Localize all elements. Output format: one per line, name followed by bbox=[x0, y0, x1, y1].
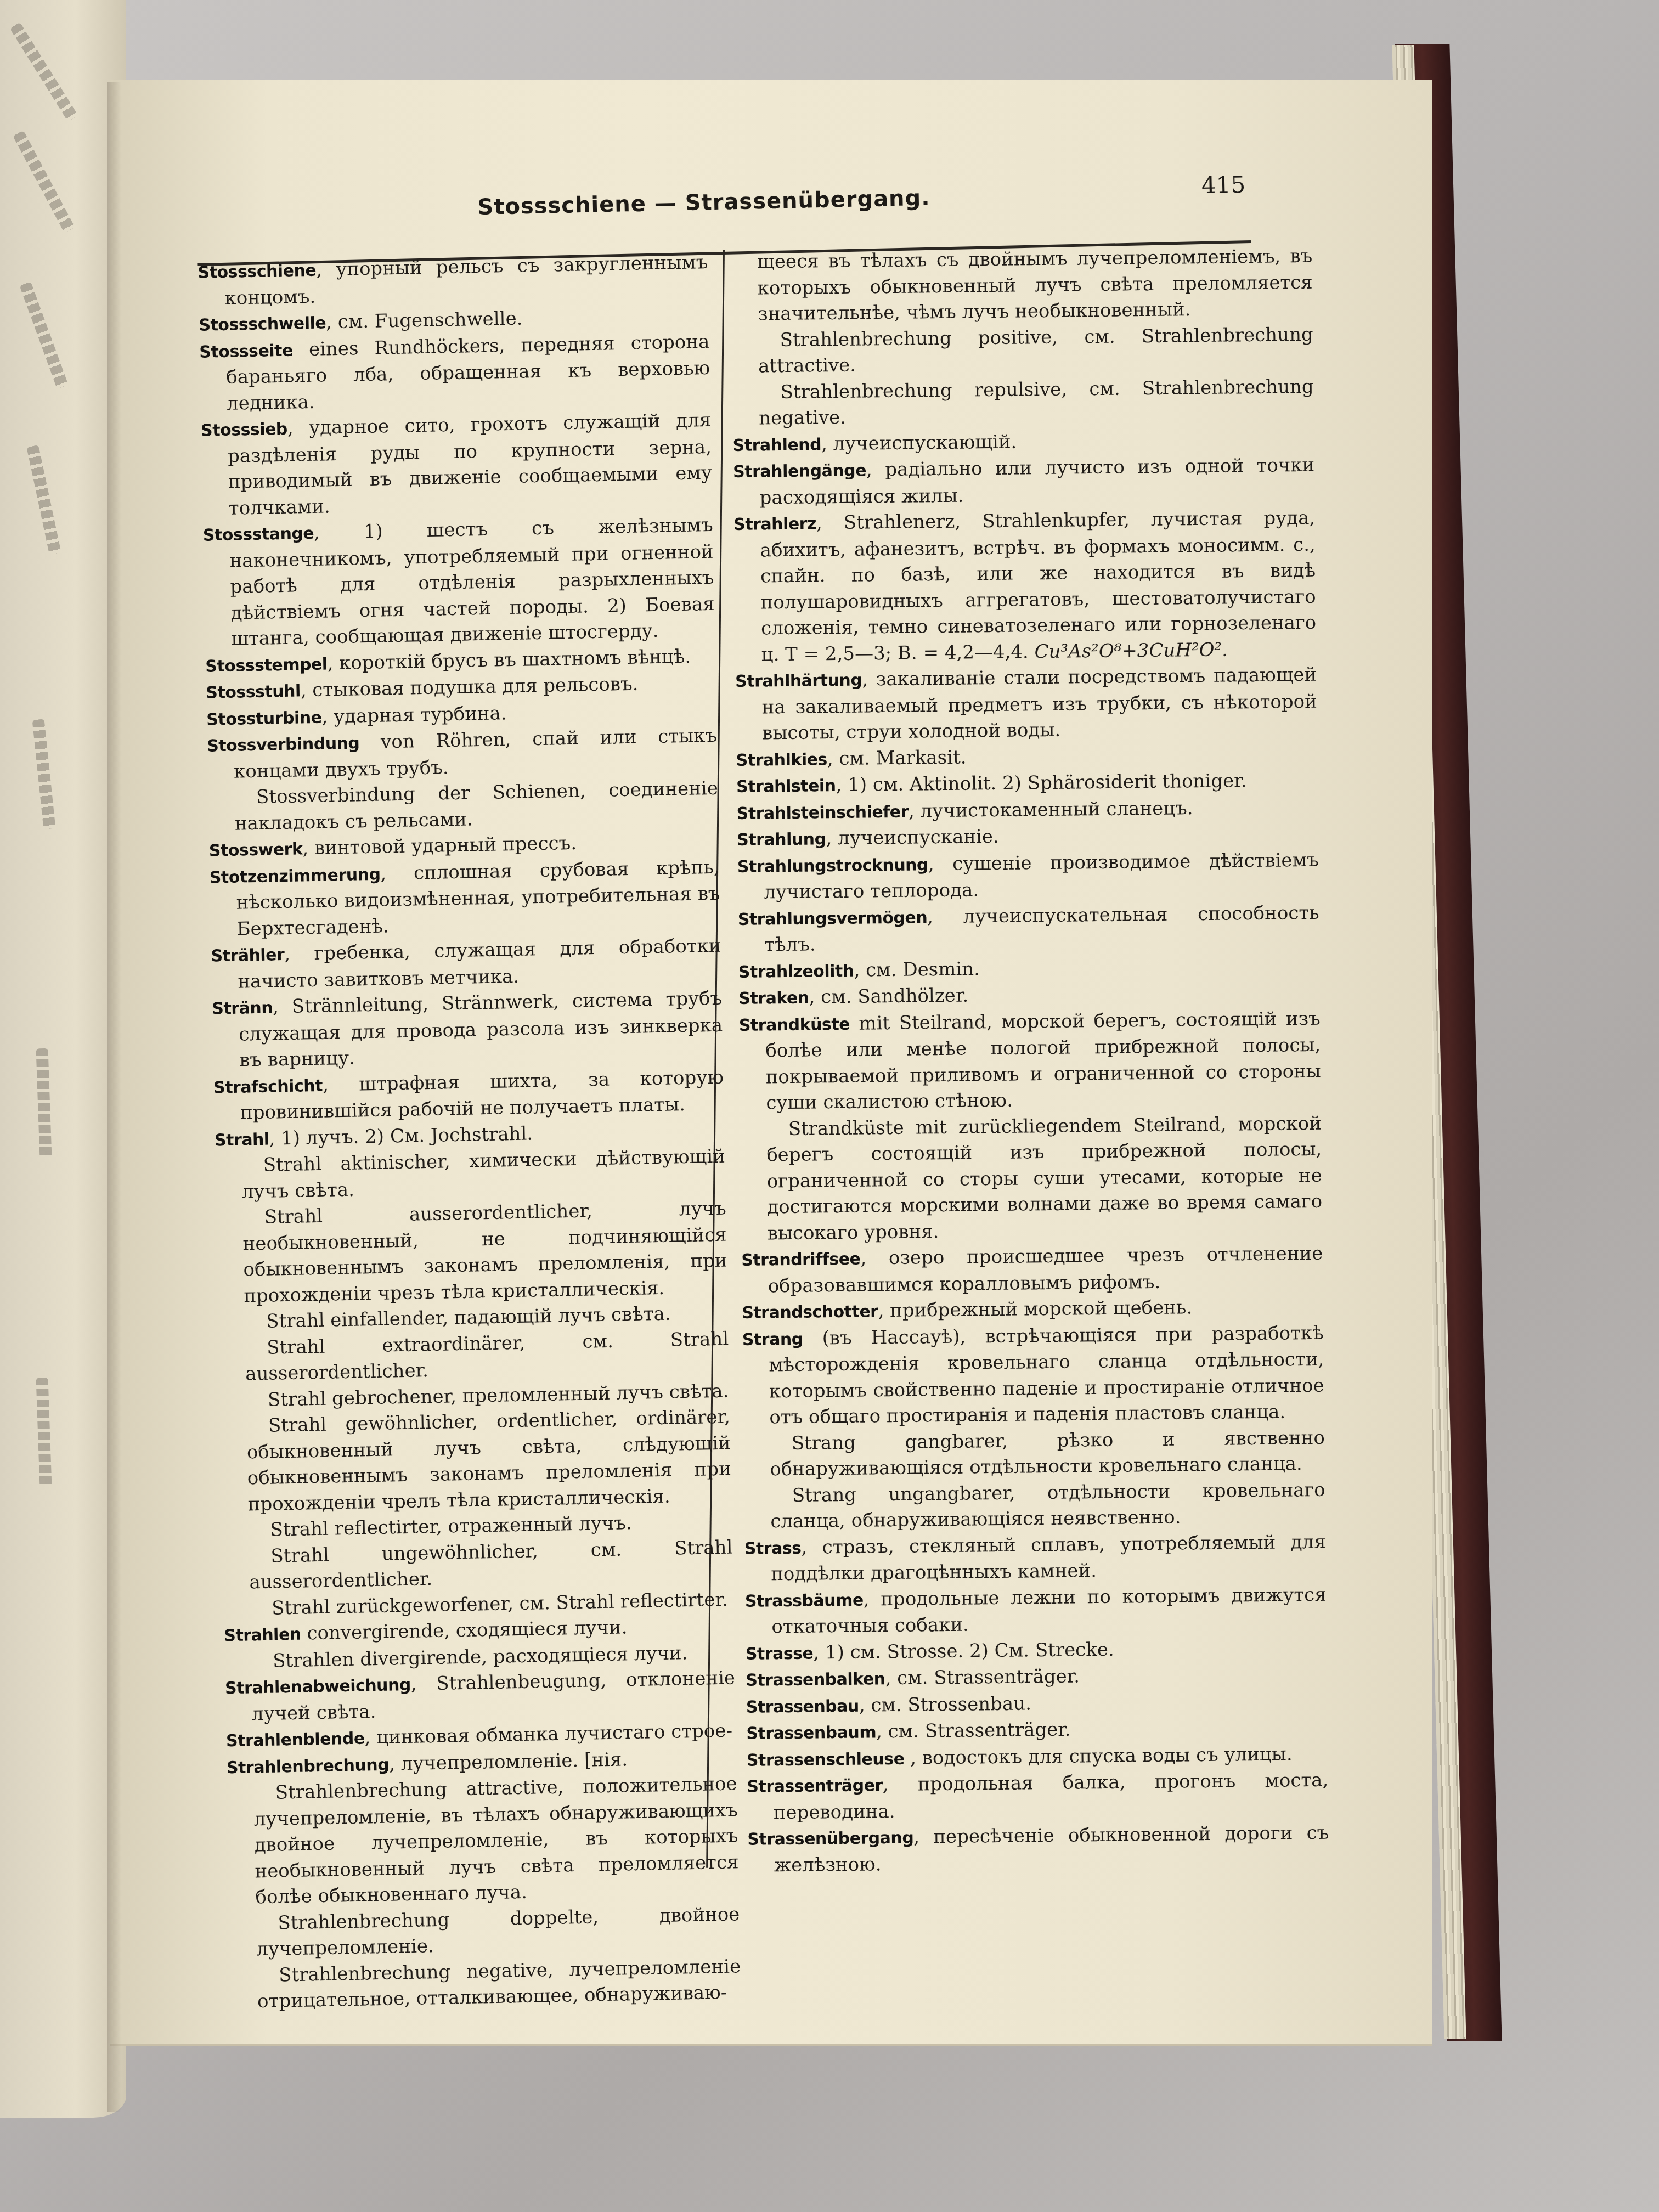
entry-definition: , см. Fugenschwelle. bbox=[326, 308, 523, 334]
left-column: Stossschiene, упорный рельсъ съ закругле… bbox=[198, 250, 741, 2016]
facing-page-text-fragment bbox=[32, 719, 56, 829]
entry-headword: Strassenschleuse bbox=[747, 1749, 905, 1770]
entry-headword: Strahlungsvermögen bbox=[738, 908, 928, 929]
entry-headword: Strahlhärtung bbox=[735, 671, 862, 691]
facing-page-text-fragment bbox=[36, 1378, 52, 1488]
entry-definition: , см. Strossenbau. bbox=[859, 1692, 1031, 1716]
dictionary-subentry: Strahl ungewöhnlicher, см. Strahl ausser… bbox=[222, 1534, 733, 1596]
entry-headword: Strahlenbrechung bbox=[227, 1755, 390, 1778]
entry-headword: Strass bbox=[744, 1538, 802, 1558]
facing-page-text-fragment bbox=[10, 22, 78, 121]
entry-headword: Strahlerz bbox=[733, 514, 816, 534]
dictionary-entry: Stotzenzimmerung, сплошная срубовая крѣп… bbox=[209, 854, 721, 943]
entry-headword: Strasse bbox=[746, 1644, 814, 1663]
entry-definition: , короткій брусъ въ шахтномъ вѣнцѣ. bbox=[327, 645, 691, 674]
entry-headword: Strandriffsee bbox=[741, 1250, 860, 1270]
entry-definition: (въ Нассауѣ), встрѣчающіяся при разработ… bbox=[769, 1322, 1324, 1428]
entry-headword: Stossstempel bbox=[205, 654, 328, 676]
dictionary-entry: Stossschiene, упорный рельсъ съ закругле… bbox=[198, 250, 709, 312]
entry-headword: Strandschotter bbox=[742, 1302, 878, 1323]
entry-headword: Stossschwelle bbox=[199, 313, 326, 335]
entry-headword: Strahl bbox=[215, 1130, 269, 1150]
dictionary-entry: Stossseite eines Rundhöckers, передняя с… bbox=[199, 329, 711, 417]
entry-headword: Stotzenzimmerung bbox=[209, 865, 380, 887]
entry-headword: Strahlzeolith bbox=[738, 961, 854, 981]
entry-definition: , см. Desmin. bbox=[854, 958, 980, 981]
entry-headword: Strahlungstrocknung bbox=[737, 855, 929, 877]
dictionary-entry: Strahlhärtung, закаливаніе стали посредс… bbox=[735, 662, 1317, 747]
entry-definition: Strang gangbarer, рѣзко и явственно обна… bbox=[770, 1426, 1325, 1480]
entry-headword: Stosssieb bbox=[201, 420, 287, 441]
dictionary-subentry: Strahl extraordinärer, см. Strahl ausser… bbox=[218, 1326, 730, 1388]
entry-headword: Straken bbox=[738, 989, 809, 1008]
dictionary-subentry: Strahl aktinischer, химически дѣйствующі… bbox=[215, 1144, 726, 1206]
entry-headword: Strandküste bbox=[739, 1014, 850, 1035]
entry-definition: Stossverbindung der Schienen, соединеніе… bbox=[235, 777, 719, 834]
entry-headword: Strahlenabweichung bbox=[225, 1675, 411, 1698]
dictionary-entry: Strassenträger, продольная балка, прогон… bbox=[747, 1768, 1329, 1826]
entry-definition: , 1) лучъ. 2) См. Jochstrahl. bbox=[269, 1122, 533, 1149]
entry-definition: Strahl extraordinärer, см. Strahl ausser… bbox=[245, 1328, 729, 1385]
entry-definition: Strahlenbrechung attractive, положительн… bbox=[253, 1773, 738, 1908]
dictionary-entry: Strassenübergang, пересѣченіе обыкновенн… bbox=[747, 1820, 1329, 1879]
entry-headword: Stossstuhl bbox=[206, 681, 301, 702]
entry-headword: Stossturbine bbox=[206, 708, 322, 729]
entry-definition: , см. Strassenträger. bbox=[876, 1719, 1071, 1743]
entry-headword: Strafschicht bbox=[213, 1076, 323, 1097]
entry-headword: Strahlenblende bbox=[226, 1729, 365, 1751]
entry-definition: Strahl einfallender, падающій лучъ свѣта… bbox=[266, 1303, 671, 1333]
dictionary-entry: Strähler, гребенка, служащая для обработ… bbox=[211, 933, 722, 996]
dictionary-entry: щееся въ тѣлахъ съ двойнымъ лучепреломле… bbox=[731, 244, 1313, 328]
dictionary-entry: Strahlengänge, радіально или лучисто изъ… bbox=[733, 453, 1315, 511]
entry-definition: , см. Sandhölzer. bbox=[809, 985, 968, 1008]
dictionary-subentry: Strandküste mit zurückliegendem Steilran… bbox=[740, 1110, 1323, 1247]
entry-headword: Strassenbau bbox=[746, 1696, 859, 1717]
dictionary-entry: Strafschicht, штрафная шихта, за которую… bbox=[213, 1064, 725, 1127]
entry-definition: , стыковая подушка для рельсовъ. bbox=[300, 673, 638, 702]
dictionary-subentry: Strahlenbrechung positive, см. Strahlenb… bbox=[731, 321, 1313, 380]
entry-definition: Strahl ausserordentlicher, лучъ необыкно… bbox=[242, 1198, 727, 1307]
entry-definition: Strahlenbrechung repulsive, см. Strahlen… bbox=[759, 375, 1314, 429]
dictionary-subentry: Strahlenbrechung repulsive, см. Strahlen… bbox=[732, 374, 1314, 432]
dictionary-entry: Strass, стразъ, стекляный сплавъ, употре… bbox=[744, 1529, 1327, 1588]
entry-headword: Strahlsteinschiefer bbox=[737, 802, 909, 823]
entry-definition: Strahlenbrechung negative, лучепреломлен… bbox=[257, 1955, 741, 2012]
entry-definition: , 1) см. Aktinolit. 2) Sphärosiderit tho… bbox=[836, 770, 1246, 796]
entry-definition: , прибрежный морской щебень. bbox=[878, 1296, 1192, 1322]
entry-headword: Strahlung bbox=[737, 830, 826, 850]
dictionary-entry: Stosssieb, ударное сито, грохотъ служащі… bbox=[201, 408, 713, 522]
dictionary-entry: Strassbäume, продольные лежни по которым… bbox=[745, 1582, 1327, 1640]
entry-definition: , цинковая обманка лучистаго строе- bbox=[364, 1720, 732, 1749]
dictionary-subentry: Strang ungangbarer, отдѣльности кровельн… bbox=[744, 1477, 1326, 1535]
entry-headword: Stosswerk bbox=[209, 839, 303, 860]
entry-definition: Strahlenbrechung positive, см. Strahlenb… bbox=[758, 323, 1313, 377]
entry-headword: Stossverbindung bbox=[207, 733, 360, 755]
dictionary-entry: Strang (въ Нассауѣ), встрѣчающіяся при р… bbox=[742, 1320, 1325, 1431]
entry-headword: Strahlkies bbox=[736, 750, 827, 770]
entry-definition: , гребенка, служащая для обработки начис… bbox=[238, 935, 721, 992]
page-number: 415 bbox=[1201, 171, 1245, 199]
book-gutter bbox=[107, 82, 121, 2112]
entry-definition: , лучистокаменный сланецъ. bbox=[909, 797, 1193, 822]
entry-headword: Stränn bbox=[212, 998, 273, 1018]
entry-headword: Strahlstein bbox=[736, 776, 836, 797]
entry-definition: , лучеиспускающій. bbox=[821, 431, 1017, 455]
entry-headword: Stossstange bbox=[203, 524, 314, 545]
entry-definition: Strahlenbrechung doppelte, двойное лучеп… bbox=[256, 1903, 740, 1960]
entry-headword: Strang bbox=[742, 1329, 803, 1349]
dictionary-entry: Strandküste mit Steilrand, морской берег… bbox=[739, 1006, 1322, 1116]
right-column: щееся въ тѣлахъ съ двойнымъ лучепреломле… bbox=[731, 244, 1329, 1879]
dictionary-entry: Strahlungstrocknung, сушеніе производимо… bbox=[737, 847, 1319, 906]
entry-definition: convergirende, сходящіеся лучи. bbox=[301, 1616, 627, 1644]
entry-headword: Strähler bbox=[211, 945, 284, 966]
dictionary-entry: Strandriffsee, озеро происшедшее чрезъ о… bbox=[741, 1241, 1323, 1300]
entry-headword: Strahlengänge bbox=[733, 461, 866, 482]
chemical-formula: Cu³As²O⁸+3CuH²O². bbox=[1034, 639, 1228, 663]
entry-definition: , лучепреломленіе. [нія. bbox=[389, 1748, 628, 1775]
entry-definition: Strandküste mit zurückliegendem Steilran… bbox=[766, 1112, 1322, 1244]
entry-definition: eines Rundhöckers, передняя сторона бара… bbox=[226, 330, 710, 414]
entry-headword: Strassenbalken bbox=[746, 1669, 885, 1690]
entry-definition: , 1) см. Strosse. 2) См. Strecke. bbox=[813, 1638, 1114, 1663]
entry-headword: Strassbäume bbox=[745, 1590, 864, 1611]
entry-headword: Strassenübergang bbox=[747, 1829, 913, 1849]
dictionary-subentry: Strahlenbrechung attractive, положительн… bbox=[227, 1771, 739, 1911]
entry-definition: , см. Strassenträger. bbox=[885, 1665, 1080, 1689]
dictionary-entry: Stränn, Strännleitung, Strännwerk, систе… bbox=[212, 986, 724, 1074]
entry-headword: Strahlen bbox=[224, 1625, 301, 1646]
entry-definition: , ударная турбина. bbox=[321, 702, 507, 727]
facing-page-text-fragment bbox=[13, 131, 75, 233]
dictionary-subentry: Strahlenbrechung negative, лучепреломлен… bbox=[230, 1954, 742, 2016]
dictionary-subentry: Strang gangbarer, рѣзко и явственно обна… bbox=[743, 1425, 1325, 1483]
dictionary-entry: Strahlungsvermögen, лучеиспускательная с… bbox=[738, 900, 1320, 958]
dictionary-subentry: Strahl gewöhnlicher, ordentlicher, ordin… bbox=[220, 1404, 732, 1519]
entry-headword: Strassenbaum bbox=[746, 1723, 876, 1743]
dictionary-entry: Stossstange, 1) шестъ съ желѣзнымъ након… bbox=[202, 512, 715, 653]
entry-headword: Stossschiene bbox=[198, 261, 316, 283]
entry-definition: , Strännleitung, Strännwerk, система тру… bbox=[239, 988, 723, 1071]
dictionary-entry: Strahlerz, Strahlenerz, Strahlenkupfer, … bbox=[733, 505, 1317, 668]
entry-definition: щееся въ тѣлахъ съ двойнымъ лучепреломле… bbox=[757, 245, 1313, 325]
entry-headword: Strahlend bbox=[733, 435, 822, 455]
entry-definition: Strang ungangbarer, отдѣльности кровельн… bbox=[770, 1479, 1325, 1532]
entry-definition: , водостокъ для спуска воды съ улицы. bbox=[904, 1743, 1293, 1769]
entry-definition: , винтовой ударный прессъ. bbox=[302, 832, 577, 860]
facing-page-text-fragment bbox=[36, 1048, 52, 1159]
facing-page-text-fragment bbox=[19, 281, 68, 388]
facing-page-text-fragment bbox=[26, 445, 61, 555]
entry-definition: Strahl gewöhnlicher, ordentlicher, ordin… bbox=[247, 1406, 732, 1515]
entry-definition: Strahl reflectirter, отраженный лучъ. bbox=[270, 1512, 632, 1541]
entry-headword: Stossseite bbox=[199, 341, 293, 362]
dictionary-subentry: Strahlenbrechung doppelte, двойное лучеп… bbox=[229, 1901, 741, 1963]
dictionary-entry: Strahlenabweichung, Strahlenbeugung, отк… bbox=[225, 1666, 736, 1728]
entry-definition: Strahl ungewöhnlicher, см. Strahl ausser… bbox=[249, 1536, 733, 1593]
dictionary-subentry: Stossverbindung der Schienen, соединеніе… bbox=[208, 776, 719, 838]
dictionary-subentry: Strahl ausserordentlicher, лучъ необыкно… bbox=[216, 1196, 727, 1310]
entry-definition: , см. Markasit. bbox=[827, 746, 967, 770]
dictionary-entry: Stossverbindung von Röhren, спай или сты… bbox=[207, 723, 718, 786]
entry-definition: , стразъ, стекляный сплавъ, употребляемы… bbox=[771, 1531, 1326, 1585]
entry-definition: , лучеиспусканіе. bbox=[826, 826, 999, 849]
entry-definition: , ударное сито, грохотъ служащій для раз… bbox=[228, 409, 713, 519]
entry-headword: Strassenträger bbox=[747, 1776, 883, 1797]
entry-definition: Strahl aktinischer, химически дѣйствующі… bbox=[241, 1145, 725, 1203]
